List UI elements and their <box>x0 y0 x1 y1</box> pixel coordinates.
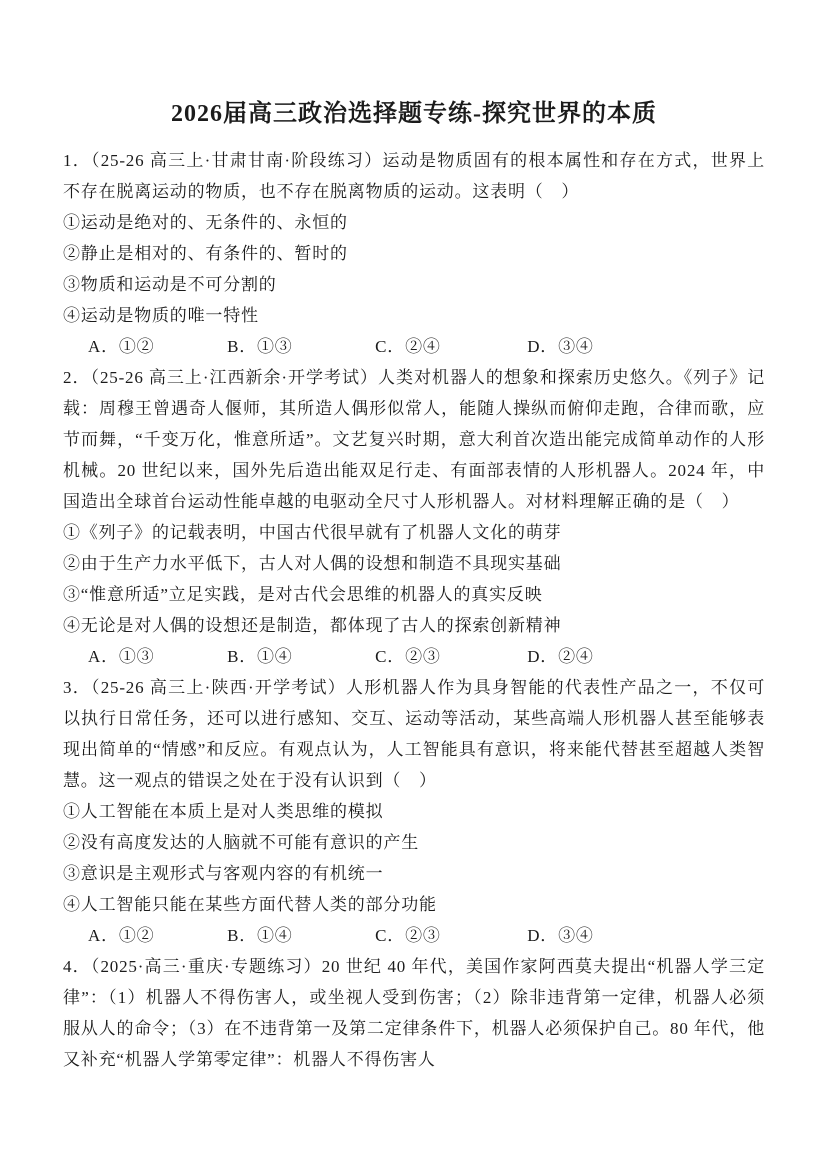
question-3-option-2: ②没有高度发达的人脑就不可能有意识的产生 <box>63 827 765 858</box>
question-1-option-3: ③物质和运动是不可分割的 <box>63 269 765 300</box>
question-2-choice-row: A．①③ B．①④ C．②③ D．②④ <box>63 641 765 672</box>
question-3-source: （25-26 高三上·陕西·开学考试） <box>91 678 346 697</box>
question-4-stem: 4．（2025·高三·重庆·专题练习）20 世纪 40 年代，美国作家阿西莫夫提… <box>63 951 765 1075</box>
question-3-choice-c: C．②③ <box>375 920 522 951</box>
question-2-option-2: ②由于生产力水平低下，古人对人偶的设想和制造不具现实基础 <box>63 548 765 579</box>
question-3-choice-a: A．①② <box>88 920 222 951</box>
question-2-stem: 2．（25-26 高三上·江西新余·开学考试）人类对机器人的想象和探索历史悠久。… <box>63 362 765 517</box>
question-2-option-4: ④无论是对人偶的设想还是制造，都体现了古人的探索创新精神 <box>63 610 765 641</box>
question-2-choice-b: B．①④ <box>227 641 370 672</box>
question-4-source: （2025·高三·重庆·专题练习） <box>91 957 322 976</box>
question-2-text: 人类对机器人的想象和探索历史悠久。《列子》记载：周穆王曾遇奇人偃师，其所造人偶形… <box>63 368 765 511</box>
question-2-choice-d: D．②④ <box>527 641 593 672</box>
question-1-option-1: ①运动是绝对的、无条件的、永恒的 <box>63 207 765 238</box>
question-2-source: （25-26 高三上·江西新余·开学考试） <box>90 368 378 387</box>
question-1-option-4: ④运动是物质的唯一特性 <box>63 300 765 331</box>
question-1-source: （25-26 高三上·甘肃甘南·阶段练习） <box>91 151 383 170</box>
question-3-choice-b: B．①④ <box>227 920 370 951</box>
question-1-choice-c: C．②④ <box>375 331 522 362</box>
question-1-choice-b: B．①③ <box>227 331 370 362</box>
question-1: 1．（25-26 高三上·甘肃甘南·阶段练习）运动是物质固有的根本属性和存在方式… <box>63 145 765 362</box>
question-3-choice-row: A．①② B．①④ C．②③ D．③④ <box>63 920 765 951</box>
question-1-option-2: ②静止是相对的、有条件的、暂时的 <box>63 238 765 269</box>
question-3-option-3: ③意识是主观形式与客观内容的有机统一 <box>63 858 765 889</box>
question-2-choice-c: C．②③ <box>375 641 522 672</box>
question-4-number: 4． <box>63 957 91 976</box>
question-2-number: 2． <box>63 368 90 387</box>
document-page: 2026届高三政治选择题专练-探究世界的本质 1．（25-26 高三上·甘肃甘南… <box>0 0 827 1169</box>
question-2-option-1: ①《列子》的记载表明，中国古代很早就有了机器人文化的萌芽 <box>63 517 765 548</box>
page-title: 2026届高三政治选择题专练-探究世界的本质 <box>63 98 765 130</box>
question-1-number: 1． <box>63 151 91 170</box>
question-3-option-4: ④人工智能只能在某些方面代替人类的部分功能 <box>63 889 765 920</box>
question-3-option-1: ①人工智能在本质上是对人类思维的模拟 <box>63 796 765 827</box>
question-1-choice-d: D．③④ <box>527 331 593 362</box>
question-3-choice-d: D．③④ <box>527 920 593 951</box>
question-4: 4．（2025·高三·重庆·专题练习）20 世纪 40 年代，美国作家阿西莫夫提… <box>63 951 765 1075</box>
question-3: 3．（25-26 高三上·陕西·开学考试）人形机器人作为具身智能的代表性产品之一… <box>63 672 765 951</box>
question-1-choice-row: A．①② B．①③ C．②④ D．③④ <box>63 331 765 362</box>
question-2-choice-a: A．①③ <box>88 641 222 672</box>
question-2: 2．（25-26 高三上·江西新余·开学考试）人类对机器人的想象和探索历史悠久。… <box>63 362 765 672</box>
question-3-stem: 3．（25-26 高三上·陕西·开学考试）人形机器人作为具身智能的代表性产品之一… <box>63 672 765 796</box>
question-3-number: 3． <box>63 678 91 697</box>
question-2-option-3: ③“惟意所适”立足实践，是对古代会思维的机器人的真实反映 <box>63 579 765 610</box>
question-1-stem: 1．（25-26 高三上·甘肃甘南·阶段练习）运动是物质固有的根本属性和存在方式… <box>63 145 765 207</box>
question-1-choice-a: A．①② <box>88 331 222 362</box>
